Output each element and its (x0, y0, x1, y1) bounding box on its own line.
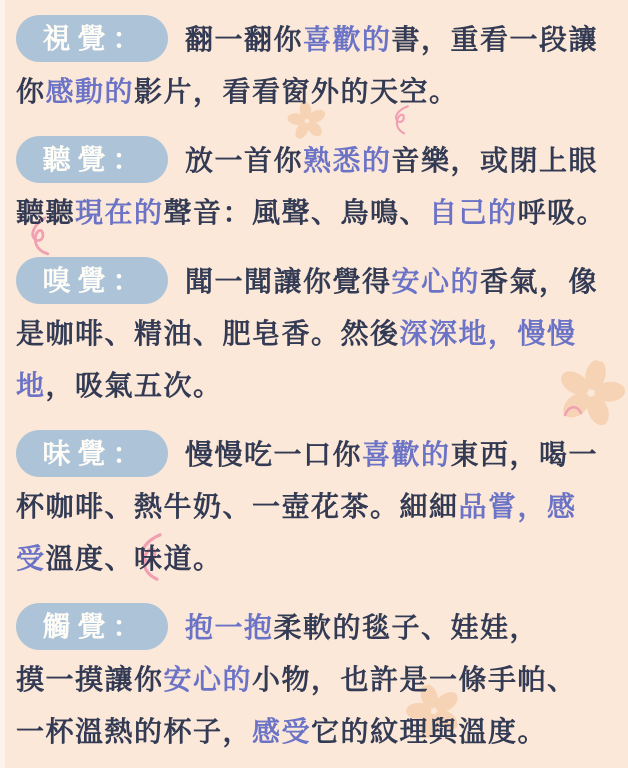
highlighted-phrase: 受 (16, 543, 46, 574)
highlighted-phrase: 自己的 (429, 197, 518, 228)
body-phrase: 音樂，或閉上眼 (392, 145, 599, 176)
highlighted-phrase: 感受 (252, 716, 311, 747)
highlighted-phrase: 地 (16, 370, 46, 401)
highlighted-phrase: 深深地，慢慢 (400, 318, 577, 349)
sheet-edge (0, 0, 5, 768)
body-phrase: 柔軟的毯子、娃娃， (274, 612, 540, 643)
section-touch: 觸覺： 抱一抱柔軟的毯子、娃娃，摸一摸讓你安心的小物，也許是一條手帕、一杯溫熱的… (16, 602, 618, 758)
five-senses-grounding-sheet: 視覺： 翻一翻你喜歡的書，重看一段讓你感動的影片，看看窗外的天空。 聽覺： 放一… (0, 0, 628, 768)
highlighted-phrase: 品嘗，感 (459, 491, 577, 522)
body-phrase: 聞一聞讓你覺得 (185, 266, 392, 297)
body-phrase: 呼吸。 (518, 197, 607, 228)
body-phrase: 溫度、味道。 (46, 543, 223, 574)
body-phrase: ，吸氣五次。 (46, 370, 223, 401)
body-phrase: 小物，也許是一條手帕、 (252, 664, 577, 695)
sense-label-pill: 味覺： (16, 430, 168, 477)
highlighted-phrase: 感動的 (46, 76, 135, 107)
section-smell: 嗅覺： 聞一聞讓你覺得安心的香氣，像是咖啡、精油、肥皂香。然後深深地，慢慢地，吸… (16, 256, 618, 412)
body-phrase: 東西，喝一 (451, 439, 599, 470)
body-phrase: 它的紋理與溫度。 (311, 716, 547, 747)
body-phrase: 聽聽 (16, 197, 75, 228)
body-phrase: 一杯溫熱的杯子， (16, 716, 252, 747)
sense-label-pill: 視覺： (16, 15, 168, 62)
highlighted-phrase: 喜歡的 (362, 439, 451, 470)
body-phrase: 杯咖啡、熱牛奶、一壺花茶。細細 (16, 491, 459, 522)
body-phrase: 影片，看看窗外的天空。 (134, 76, 459, 107)
section-vision: 視覺： 翻一翻你喜歡的書，重看一段讓你感動的影片，看看窗外的天空。 (16, 14, 618, 118)
body-phrase: 翻一翻你 (185, 24, 303, 55)
body-phrase: 書，重看一段讓 (392, 24, 599, 55)
highlighted-phrase: 安心的 (164, 664, 253, 695)
body-phrase: 放一首你 (185, 145, 303, 176)
body-phrase: 是咖啡、精油、肥皂香。然後 (16, 318, 400, 349)
sense-label-pill: 聽覺： (16, 136, 168, 183)
sense-label-pill: 觸覺： (16, 603, 168, 650)
highlighted-phrase: 熟悉的 (303, 145, 392, 176)
highlighted-phrase: 抱一抱 (185, 612, 274, 643)
body-phrase: 你 (16, 76, 46, 107)
body-phrase: 慢慢吃一口你 (185, 439, 362, 470)
section-taste: 味覺： 慢慢吃一口你喜歡的東西，喝一杯咖啡、熱牛奶、一壺花茶。細細品嘗，感受溫度… (16, 429, 618, 585)
body-phrase: 香氣，像 (480, 266, 598, 297)
body-phrase: 摸一摸讓你 (16, 664, 164, 695)
highlighted-phrase: 現在的 (75, 197, 164, 228)
highlighted-phrase: 喜歡的 (303, 24, 392, 55)
sense-label-pill: 嗅覺： (16, 257, 168, 304)
highlighted-phrase: 安心的 (392, 266, 481, 297)
body-phrase: 聲音：風聲、鳥鳴、 (164, 197, 430, 228)
section-hearing: 聽覺： 放一首你熟悉的音樂，或閉上眼聽聽現在的聲音：風聲、鳥鳴、自己的呼吸。 (16, 135, 618, 239)
